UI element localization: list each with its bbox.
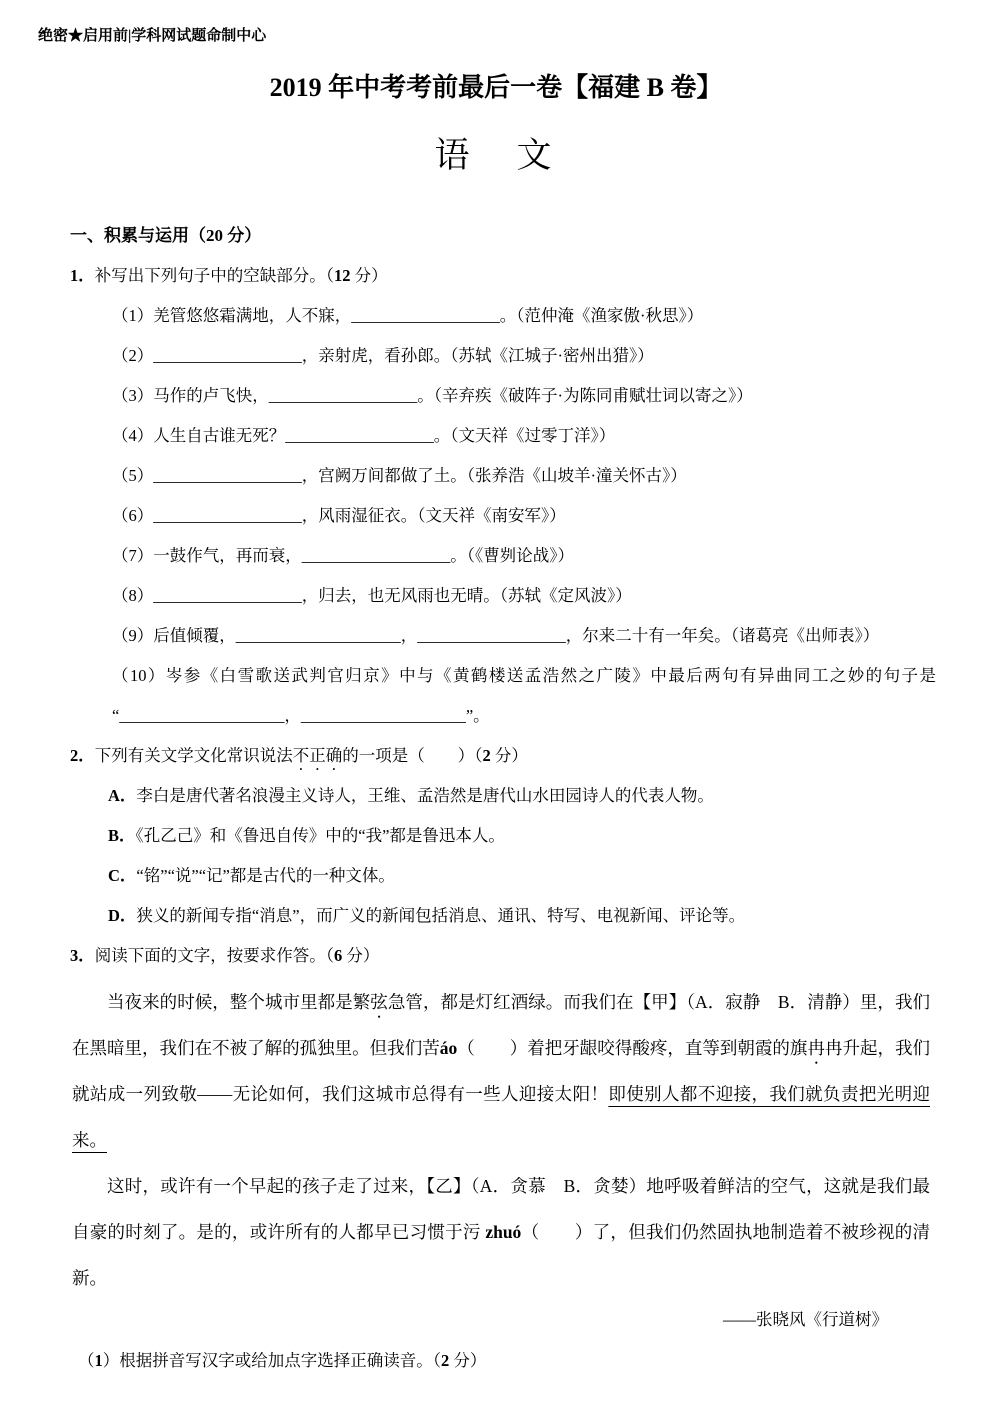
- exam-title: 2019 年中考考前最后一卷【福建 B 卷】: [0, 72, 992, 104]
- text-segment: 2．: [70, 746, 95, 765]
- text-segment: （8）: [112, 586, 153, 605]
- text-segment: （3）马作的卢飞快，: [112, 386, 269, 405]
- option-b: B．《孔乙己》和《鲁迅自传》中的“我”都是鲁迅本人。: [108, 816, 934, 856]
- text-segment: ”。: [466, 706, 490, 725]
- answer-blank: __________________: [269, 386, 418, 405]
- text-segment: 分）: [449, 1351, 486, 1370]
- text-segment: ，: [401, 626, 418, 645]
- fill-blank-item-2: （2）__________________，亲射虎，看孙郎。（苏轼《江城子·密州…: [112, 336, 936, 376]
- text-segment: B．: [108, 826, 136, 845]
- text-segment: （1）羌管悠悠霜满地，人不寐，: [112, 306, 351, 325]
- question-3-sub-1: （1）根据拼音写汉字或给加点字选择正确读音。（2 分）: [78, 1341, 934, 1381]
- reading-passage: 当夜来的时候，整个城市里都是繁弦急管，都是灯红酒绿。而我们在【甲】（A．寂静 B…: [72, 979, 930, 1301]
- answer-blank: ____________________: [301, 706, 466, 725]
- text-segment: 2: [483, 746, 491, 765]
- text-segment: 6: [334, 946, 342, 965]
- text-segment: zhuó: [485, 1222, 521, 1242]
- fill-blank-item-9: （9）后值倾覆，____________________，___________…: [112, 616, 936, 656]
- text-segment: 弦: [370, 992, 388, 1012]
- section-heading: 一、积累与运用（20 分）: [70, 216, 934, 256]
- text-segment: ，归去，也无风雨也无晴。（苏轼《定风波》）: [302, 586, 632, 605]
- text-segment: 12: [334, 266, 351, 285]
- fill-blank-item-8: （8）__________________，归去，也无风雨也无晴。（苏轼《定风波…: [112, 576, 936, 616]
- answer-blank: ____________________: [119, 706, 284, 725]
- fill-blank-item-10: （10）岑参《白雪歌送武判官归京》中与《黄鹤楼送孟浩然之广陵》中最后两句有异曲同…: [112, 656, 936, 736]
- text-segment: 补写出下列句子中的空缺部分。（: [95, 266, 334, 285]
- text-segment: ，尔来二十有一年矣。（诸葛亮《出师表》）: [566, 626, 880, 645]
- text-segment: 分）: [342, 946, 379, 965]
- text-segment: ，风雨湿征衣。（文天祥《南安军》）: [302, 506, 566, 525]
- text-segment: （5）: [112, 466, 153, 485]
- answer-blank: __________________: [285, 426, 434, 445]
- passage-paragraph-1: 当夜来的时候，整个城市里都是繁弦急管，都是灯红酒绿。而我们在【甲】（A．寂静 B…: [72, 979, 930, 1163]
- answer-blank: __________________: [417, 626, 566, 645]
- text-segment: 。（《曹刿论战》）: [450, 546, 574, 565]
- text-segment: ，宫阙万间都做了土。（张养浩《山坡羊·潼关怀古》）: [302, 466, 687, 485]
- answer-blank: __________________: [153, 466, 302, 485]
- text-segment: 1: [95, 1351, 103, 1370]
- text-segment: D．: [108, 906, 136, 925]
- confidential-header: 绝密★启用前|学科网试题命制中心: [38, 26, 992, 46]
- text-segment: 1．: [70, 266, 95, 285]
- text-segment: 冉: [807, 1038, 825, 1058]
- answer-blank: __________________: [302, 546, 451, 565]
- answer-blank: __________________: [153, 346, 302, 365]
- text-segment: （2）: [112, 346, 153, 365]
- fill-blank-item-4: （4）人生自古谁无死？__________________。（文天祥《过零丁洋》…: [112, 416, 936, 456]
- exam-paper-page: 绝密★启用前|学科网试题命制中心 2019 年中考考前最后一卷【福建 B 卷】 …: [0, 0, 992, 1403]
- question-1-items: （1）羌管悠悠霜满地，人不寐，__________________。（范仲淹《渔…: [112, 296, 936, 736]
- answer-blank: __________________: [351, 306, 500, 325]
- fill-blank-item-7: （7）一鼓作气，再而衰，__________________。（《曹刿论战》）: [112, 536, 936, 576]
- text-segment: （4）人生自古谁无死？: [112, 426, 285, 445]
- subject-title: 语 文: [0, 134, 992, 178]
- answer-blank: __________________: [153, 586, 302, 605]
- question-2-stem: 2．下列有关文学文化常识说法不正确的一项是（ ）（2 分）: [70, 736, 934, 776]
- text-segment: 下列有关文学文化常识说法: [95, 746, 293, 765]
- text-segment: 。（文天祥《过零丁洋》）: [434, 426, 616, 445]
- passage-paragraph-2: 这时，或许有一个早起的孩子走了过来，【乙】（A．贪慕 B．贪婪）地呼吸着鲜洁的空…: [72, 1163, 930, 1301]
- text-segment: áo: [440, 1038, 458, 1058]
- text-segment: 李白是唐代著名浪漫主义诗人，王维、孟浩然是唐代山水田园诗人的代表人物。: [136, 786, 714, 805]
- option-a: A．李白是唐代著名浪漫主义诗人，王维、孟浩然是唐代山水田园诗人的代表人物。: [108, 776, 934, 816]
- text-segment: （6）: [112, 506, 153, 525]
- text-segment: ，: [284, 706, 301, 725]
- question-3-stem: 3．阅读下面的文字，按要求作答。（6 分）: [70, 936, 934, 976]
- text-segment: （: [78, 1351, 95, 1370]
- option-d: D．狭义的新闻专指“消息”，而广义的新闻包括消息、通讯、特写、电视新闻、评论等。: [108, 896, 934, 936]
- option-c: C．“铭”“说”“记”都是古代的一种文体。: [108, 856, 934, 896]
- text-segment: ，亲射虎，看孙郎。（苏轼《江城子·密州出猎》）: [302, 346, 654, 365]
- text-segment: A．: [108, 786, 136, 805]
- text-segment: （ ）着把牙龈咬得酸疼，直等到朝霞的旗: [457, 1038, 807, 1058]
- answer-blank: ____________________: [236, 626, 401, 645]
- text-segment: 阅读下面的文字，按要求作答。（: [95, 946, 334, 965]
- text-segment: 。（范仲淹《渔家傲·秋思》）: [500, 306, 704, 325]
- answer-blank: __________________: [153, 506, 302, 525]
- text-segment: 狭义的新闻专指“消息”，而广义的新闻包括消息、通讯、特写、电视新闻、评论等。: [136, 906, 745, 925]
- text-segment: 《孔乙己》和《鲁迅自传》中的“我”都是鲁迅本人。: [136, 826, 505, 845]
- fill-blank-item-5: （5）__________________，宫阙万间都做了土。（张养浩《山坡羊·…: [112, 456, 936, 496]
- text-segment: 3．: [70, 946, 95, 965]
- fill-blank-item-6: （6）__________________，风雨湿征衣。（文天祥《南安军》）: [112, 496, 936, 536]
- passage-attribution: ——张晓风《行道树》: [70, 1301, 888, 1339]
- text-segment: （9）后值倾覆，: [112, 626, 236, 645]
- text-segment: 。（辛弃疾《破阵子·为陈同甫赋壮词以寄之》）: [417, 386, 753, 405]
- text-segment: （7）一鼓作气，再而衰，: [112, 546, 302, 565]
- text-segment: “铭”“说”“记”都是古代的一种文体。: [136, 866, 394, 885]
- text-segment: 分）: [351, 266, 388, 285]
- text-segment: 当夜来的时候，整个城市里都是繁: [107, 992, 370, 1012]
- question-1-intro: 1．补写出下列句子中的空缺部分。（12 分）: [70, 256, 934, 296]
- fill-blank-item-1: （1）羌管悠悠霜满地，人不寐，__________________。（范仲淹《渔…: [112, 296, 936, 336]
- fill-blank-item-3: （3）马作的卢飞快，__________________。（辛弃疾《破阵子·为陈…: [112, 376, 936, 416]
- text-segment: C．: [108, 866, 136, 885]
- text-segment: 的一项是（ ）（: [342, 746, 482, 765]
- text-segment: 分）: [491, 746, 528, 765]
- question-2-options: A．李白是唐代著名浪漫主义诗人，王维、孟浩然是唐代山水田园诗人的代表人物。 B．…: [108, 776, 934, 936]
- text-segment: ）根据拼音写汉字或给加点字选择正确读音。（: [103, 1351, 441, 1370]
- text-segment: 不正确: [293, 746, 343, 765]
- text-segment: 2: [441, 1351, 449, 1370]
